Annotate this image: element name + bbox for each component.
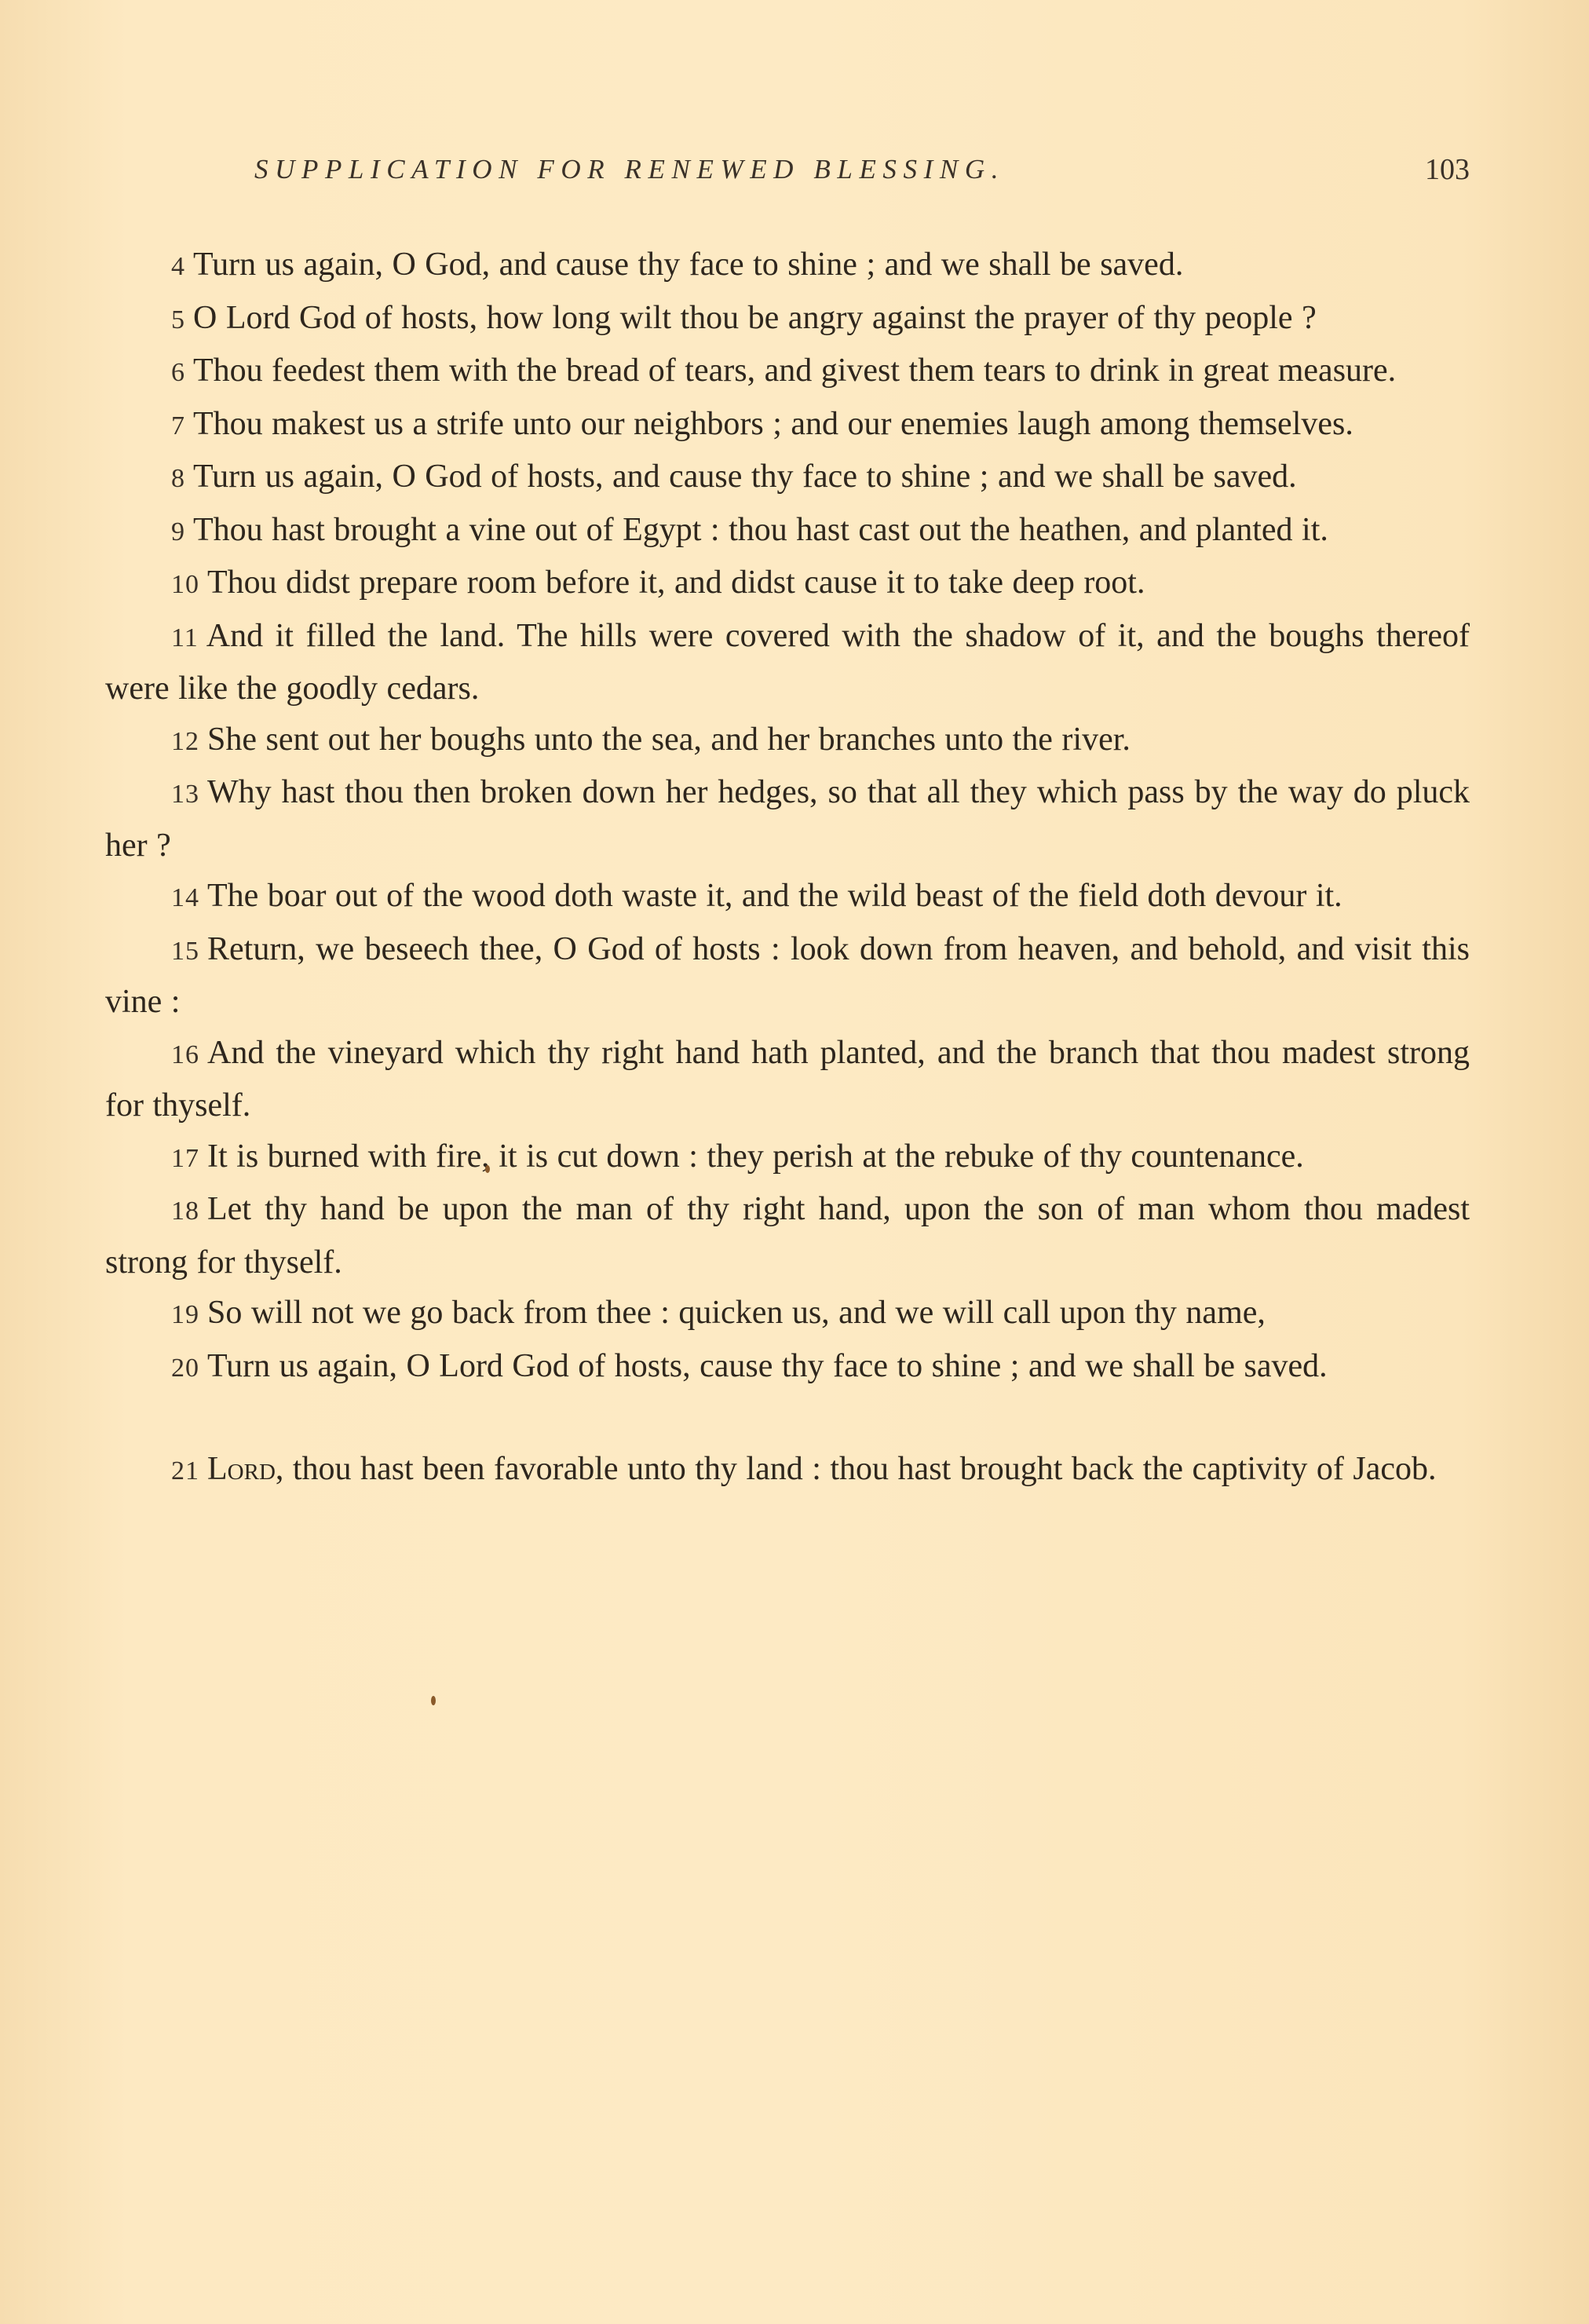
running-title: SUPPLICATION FOR RENEWED BLESSING. [254,154,1005,185]
verse-number: 14 [171,883,199,912]
verse-number: 18 [171,1197,199,1226]
verse-text: It is burned with fire, it is cut down :… [207,1138,1304,1175]
verse-number: 13 [171,780,199,809]
verse-number: 19 [171,1300,199,1329]
verse-9: 9Thou hast brought a vine out of Egypt :… [105,505,1470,558]
psalm-text: 4Turn us again, O God, and cause thy fac… [105,239,1470,1497]
page-number: 103 [1425,152,1470,187]
verse-number: 6 [171,358,185,387]
verse-text: And the vineyard which thy right hand ha… [105,1035,1470,1124]
verse-text: Turn us again, O Lord God of hosts, caus… [207,1348,1328,1384]
verse-15: 15Return, we beseech thee, O God of host… [105,924,1470,1028]
verse-number: 20 [171,1354,199,1383]
verse-6: 6Thou feedest them with the bread of tea… [105,345,1470,399]
verse-number: 11 [171,623,199,652]
verse-text: Turn us again, O God of hosts, and cause… [193,459,1297,495]
verse-10: 10Thou didst prepare room before it, and… [105,557,1470,611]
verse-text: Let thy hand be upon the man of thy righ… [105,1191,1470,1281]
verse-number: 15 [171,937,199,966]
verse-number: 9 [171,517,185,546]
verse-text: Thou feedest them with the bread of tear… [193,353,1396,389]
verse-number: 21 [171,1456,199,1485]
verse-number: 16 [171,1040,199,1069]
verse-number: 4 [171,252,185,281]
verse-number: 7 [171,411,185,440]
verse-text: Thou didst prepare room before it, and d… [207,565,1145,601]
verse-8: 8Turn us again, O God of hosts, and caus… [105,451,1470,505]
verse-text: Return, we beseech thee, O God of hosts … [105,931,1470,1021]
verse-number: 5 [171,305,185,334]
ink-spot [431,1696,436,1705]
verse-text: Thou makest us a strife unto our neighbo… [193,406,1353,442]
verse-number: 10 [171,570,199,599]
verse-number: 8 [171,464,185,493]
verse-19: 19So will not we go back from thee : qui… [105,1288,1470,1341]
verse-text: So will not we go back from thee : quick… [207,1295,1266,1331]
verse-number: 12 [171,727,199,756]
verse-text: Why hast thou then broken down her hedge… [105,774,1470,864]
verse-number: 17 [171,1144,199,1173]
verse-5: 5O Lord God of hosts, how long wilt thou… [105,293,1470,346]
verse-7: 7Thou makest us a strife unto our neighb… [105,399,1470,452]
verse-13: 13Why hast thou then broken down her hed… [105,767,1470,871]
verse-16: 16And the vineyard which thy right hand … [105,1028,1470,1131]
verse-text: O Lord God of hosts, how long wilt thou … [193,300,1317,336]
verse-18: 18Let thy hand be upon the man of thy ri… [105,1184,1470,1288]
verse-14: 14The boar out of the wood doth waste it… [105,871,1470,924]
verse-20: 20Turn us again, O Lord God of hosts, ca… [105,1341,1470,1394]
verse-text: She sent out her boughs unto the sea, an… [207,722,1131,758]
running-head: SUPPLICATION FOR RENEWED BLESSING. 103 [254,154,1470,193]
verse-text: Thou hast brought a vine out of Egypt : … [193,512,1328,548]
verse-21: 21Lord, thou hast been favorable unto th… [105,1444,1470,1497]
verse-text: , thou hast been favorable unto thy land… [276,1451,1437,1487]
verse-12: 12She sent out her boughs unto the sea, … [105,714,1470,768]
verse-text: The boar out of the wood doth waste it, … [207,878,1342,914]
verse-4: 4Turn us again, O God, and cause thy fac… [105,239,1470,293]
lord-smallcaps: Lord [207,1451,276,1487]
verse-text: And it filled the land. The hills were c… [105,618,1470,707]
verse-11: 11And it filled the land. The hills were… [105,611,1470,714]
verse-17: 17It is burned with fire, it is cut down… [105,1131,1470,1185]
ink-spot [485,1165,490,1173]
verse-text: Turn us again, O God, and cause thy face… [193,247,1183,283]
